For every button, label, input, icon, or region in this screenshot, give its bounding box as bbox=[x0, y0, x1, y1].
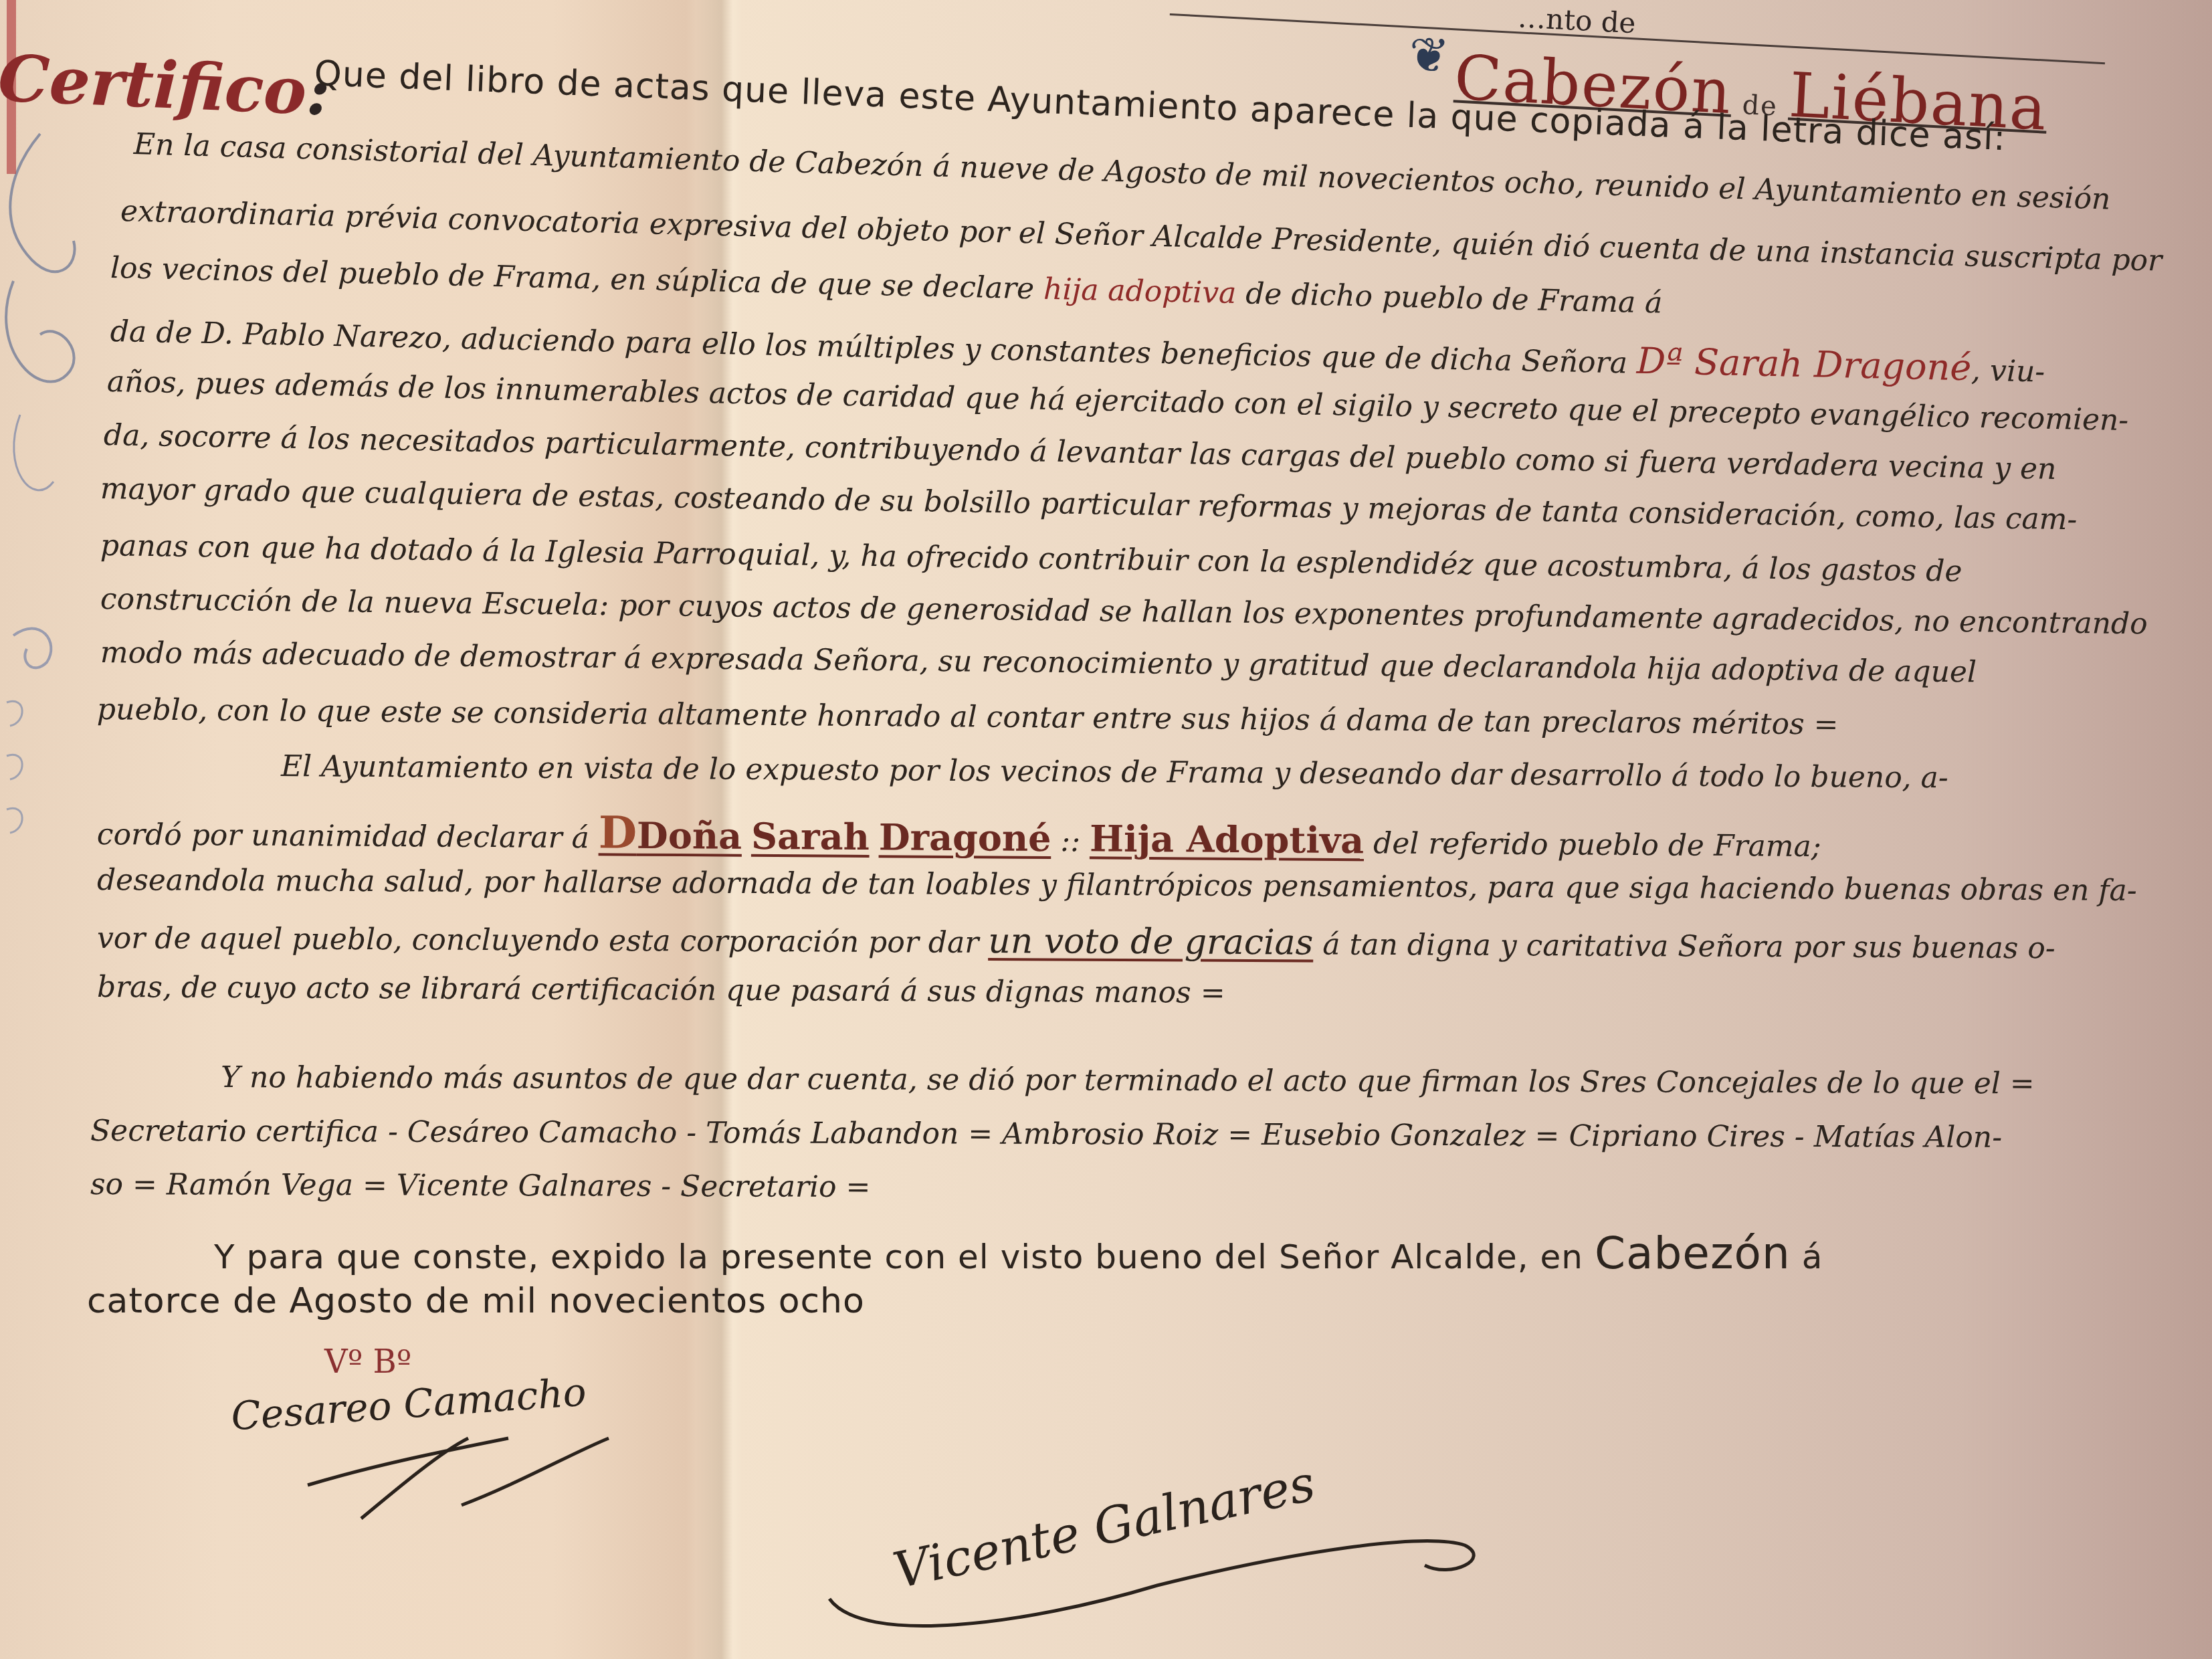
line-3-post: de dicho pueblo de Frama á bbox=[1236, 276, 1663, 320]
line-3-pre: los vecinos del pueblo de Frama, en súpl… bbox=[110, 251, 1043, 306]
line-13-pre: cordó por unanimidad declarar á bbox=[97, 817, 599, 855]
body-line-17: Y no habiendo más asuntos de que dar cue… bbox=[221, 1060, 2035, 1100]
certifico-label: Certifico bbox=[0, 40, 308, 129]
closing-place: Cabezón bbox=[1595, 1228, 1791, 1279]
voto-de-gracias: un voto de gracias bbox=[988, 921, 1313, 963]
hija-adoptiva-highlight: hija adoptiva bbox=[1043, 272, 1237, 311]
header-ornament-icon: ❦ bbox=[1407, 26, 1451, 84]
line-4-post: , viu- bbox=[1971, 353, 2045, 389]
line-15-pre: vor de aquel pueblo, concluyendo esta co… bbox=[97, 921, 989, 960]
body-line-9: construcción de la nueva Escuela: por cu… bbox=[100, 582, 2148, 641]
closing-line-1-post: á bbox=[1791, 1238, 1823, 1276]
margin-flourish-icon bbox=[0, 0, 100, 870]
opening-word: Certifico: bbox=[0, 40, 332, 130]
sarah-dragone-name: Dª Sarah Dragoné bbox=[1636, 340, 1972, 389]
closing-line-1: Y para que conste, expido la presente co… bbox=[214, 1228, 1823, 1279]
visto-bueno-mark: Vº Bº bbox=[324, 1343, 411, 1381]
body-line-14: deseandola mucha salud, por hallarse ado… bbox=[97, 863, 2137, 908]
signature-flourish-icon bbox=[823, 1492, 1492, 1646]
line-13-post: del referido pueblo de Frama; bbox=[1364, 826, 1821, 864]
body-line-10: modo más adecuado de demostrar á expresa… bbox=[100, 636, 1977, 689]
separator: :: bbox=[1051, 824, 1090, 858]
body-line-3: los vecinos del pueblo de Frama, en súpl… bbox=[110, 251, 1663, 320]
dona-label: Doña bbox=[637, 814, 742, 858]
line-15-post: á tan digna y caritativa Señora por sus … bbox=[1313, 928, 2055, 966]
body-line-13: cordó por unanimidad declarar á DDoña Sa… bbox=[97, 803, 1821, 867]
sarah-word: Sarah bbox=[751, 815, 870, 858]
body-line-11: pueblo, con lo que este se consideria al… bbox=[97, 692, 1839, 742]
signature-flourish-icon bbox=[294, 1425, 629, 1525]
body-line-8: panas con que ha dotado á la Iglesia Par… bbox=[100, 528, 1963, 589]
body-line-18: Secretario certifica - Cesáreo Camacho -… bbox=[90, 1114, 2002, 1155]
body-line-12: El Ayuntamiento en vista de lo expuesto … bbox=[281, 749, 1948, 795]
dona-word: DDoña bbox=[599, 813, 742, 857]
closing-line-2: catorce de Agosto de mil novecientos och… bbox=[87, 1281, 865, 1321]
hija-adoptiva-title: Hija Adoptiva bbox=[1090, 817, 1365, 862]
body-line-19: so = Ramón Vega = Vicente Galnares - Sec… bbox=[90, 1167, 871, 1204]
body-line-15: vor de aquel pueblo, concluyendo esta co… bbox=[97, 916, 2055, 967]
body-line-16: bras, de cuyo acto se librará certificac… bbox=[97, 970, 1225, 1010]
dragone-word: Dragoné bbox=[879, 815, 1051, 860]
closing-line-1-pre: Y para que conste, expido la presente co… bbox=[214, 1238, 1595, 1276]
header-prefix: …nto de bbox=[1517, 1, 1637, 39]
